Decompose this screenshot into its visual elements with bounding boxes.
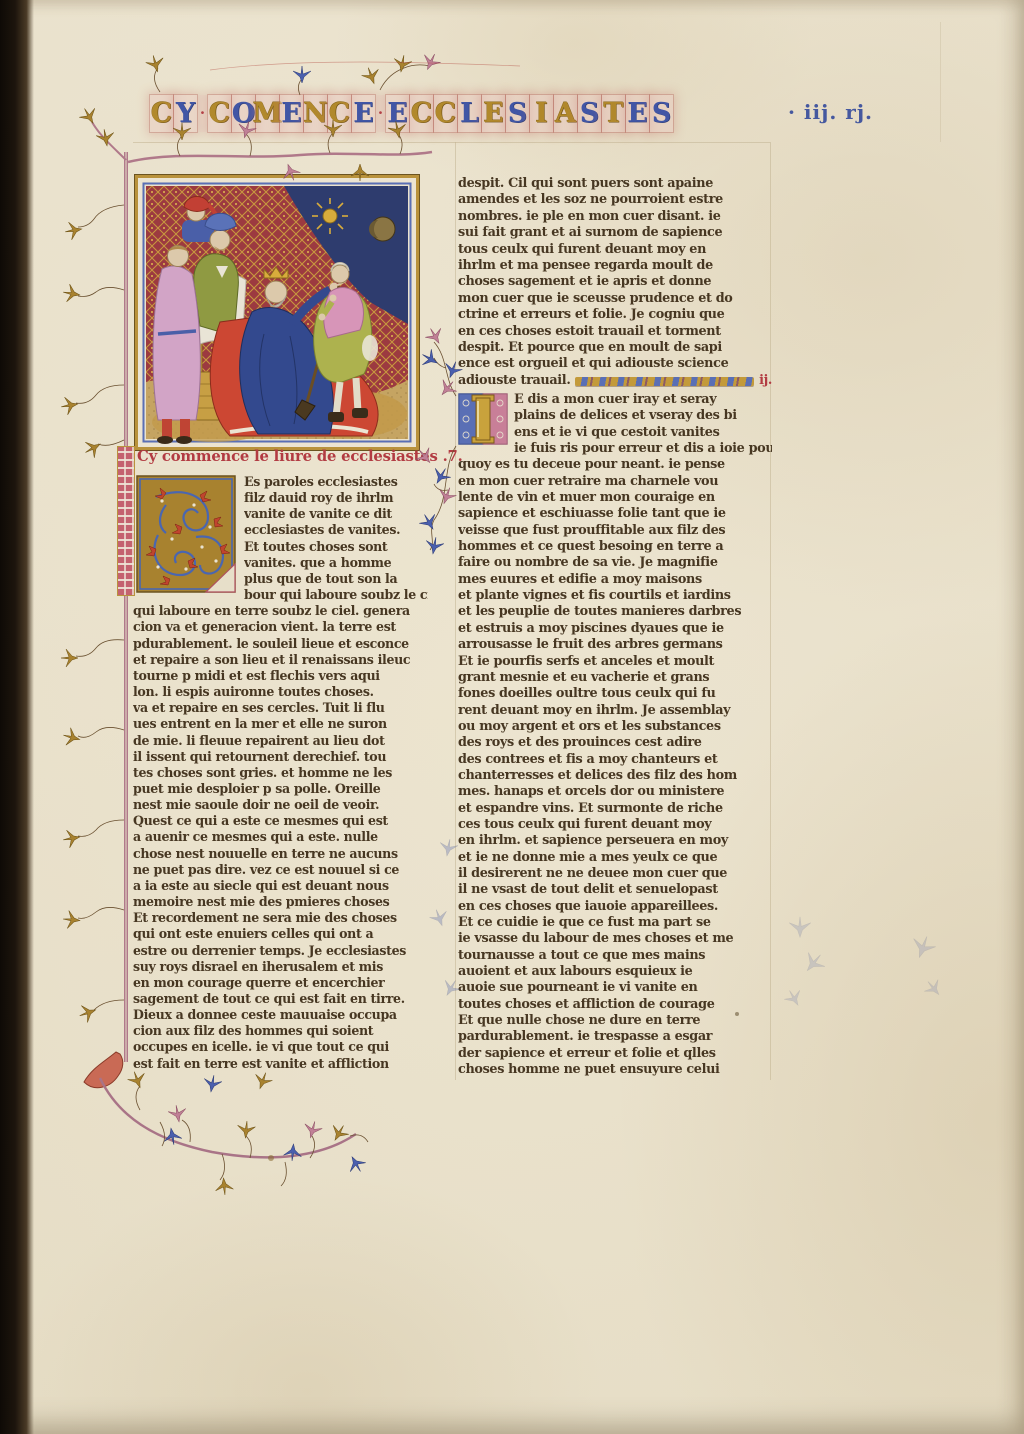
text-line: sui fait grant et ai surnom de sapience bbox=[458, 225, 772, 241]
text-line: tourne p midi et est flechis vers aqui bbox=[133, 668, 428, 684]
incipit-letter: C bbox=[410, 95, 433, 132]
chapter-number: ij. bbox=[759, 373, 772, 389]
text-line: hommes et ce quest besoing en terre a bbox=[458, 539, 772, 555]
text-line: estre ou derrenier temps. Je ecclesiaste… bbox=[133, 943, 428, 959]
text-line: et les peuplie de toutes manieres darbre… bbox=[458, 604, 772, 620]
text-line: en mon cuer retraire ma charnele vou bbox=[458, 474, 772, 490]
text-line: rent deuant moy en ihrlm. Je assemblay bbox=[458, 703, 772, 719]
text-line: ces tous ceulx qui furent deuant moy bbox=[458, 817, 772, 833]
text-line: tournausse a tout ce que mes mains bbox=[458, 948, 772, 964]
text-line: ne puet pas dire. vez ce est nouuel si c… bbox=[133, 862, 428, 878]
text-line: de mie. li fleuue repairent au lieu dot bbox=[133, 733, 428, 749]
text-line: il issent qui retournent derechief. tou bbox=[133, 749, 428, 765]
text-line: E dis a mon cuer iray et seray bbox=[514, 392, 772, 408]
text-line: Dieux a donnee ceste mauuaise occupa bbox=[133, 1007, 428, 1023]
text-line: puet mie desploier p sa polle. Oreille bbox=[133, 781, 428, 797]
text-line: nest mie saoule doir ne oeil de veoir. bbox=[133, 797, 428, 813]
text-line: et ie ne donne mie a mes yeulx ce que bbox=[458, 850, 772, 866]
incipit-letter: E bbox=[626, 95, 649, 132]
right-text-column-para1: despit. Cil qui sont puers sont apaineam… bbox=[458, 176, 772, 389]
text-line: tous ceulx qui furent deuant moy en bbox=[458, 242, 772, 258]
text-line: a ia este au siecle qui est deuant nous bbox=[133, 878, 428, 894]
text-line: Et recordement ne sera mie des choses bbox=[133, 910, 428, 926]
ruling-line-horizontal bbox=[133, 142, 770, 143]
text-line: ie fuis ris pour erreur et dis a ioie po… bbox=[514, 441, 772, 457]
text-line: tes choses sont gries. et homme ne les bbox=[133, 765, 428, 781]
text-line: arrousasse le fruit des arbres germans bbox=[458, 637, 772, 653]
text-line: il desirerent ne ne deuee mon cuer que bbox=[458, 866, 772, 882]
incipit-title-band: CY·COMENCE·ECCLESIASTES bbox=[150, 93, 673, 133]
incipit-letter: L bbox=[458, 95, 481, 132]
text-line: ens et ie vi que cestoit vanites bbox=[514, 425, 772, 441]
incipit-letter: C bbox=[208, 95, 231, 132]
text-line: ecclesiastes de vanites. bbox=[244, 522, 428, 538]
text-line: chose nest nouuelle en terre ne aucuns bbox=[133, 846, 428, 862]
text-line: et espandre vins. Et surmonte de riche bbox=[458, 801, 772, 817]
text-line: amendes et les soz ne pourroient estre bbox=[458, 192, 772, 208]
text-line: quoy es tu deceue pour neant. ie pense bbox=[458, 457, 772, 473]
illuminated-initial-L bbox=[136, 475, 236, 593]
text-line: lente de vin et muer mon couraige en bbox=[458, 490, 772, 506]
text-line: vanites. que a homme bbox=[244, 555, 428, 571]
text-line: toutes choses et affliction de courage bbox=[458, 997, 772, 1013]
incipit-letter: E bbox=[482, 95, 505, 132]
text-line: Et ie pourfis serfs et anceles et moult bbox=[458, 654, 772, 670]
incipit-letter: O bbox=[232, 95, 255, 132]
text-line: plains de delices et vseray des bi bbox=[514, 408, 772, 424]
incipit-letter: T bbox=[602, 95, 625, 132]
text-line: fones doeilles oultre tous ceulx qui fu bbox=[458, 686, 772, 702]
incipit-letter: · bbox=[376, 95, 385, 132]
text-line: en ihrlm. et sapience perseuera en moy bbox=[458, 833, 772, 849]
text-line: grant mesnie et eu vacherie et grans bbox=[458, 670, 772, 686]
paragraph-end-line: adiouste trauail. ij. bbox=[458, 373, 772, 389]
text-line: bour qui laboure soubz le ciel cest adir… bbox=[244, 587, 428, 603]
incipit-letter: C bbox=[150, 95, 173, 132]
miniature-solomon-illustration bbox=[134, 174, 420, 451]
text-line: auoie sue pourneant ie vi vanite en bbox=[458, 980, 772, 996]
left-text-column: Es paroles ecclesiastesfilz dauid roy de… bbox=[133, 474, 428, 1072]
text-line: mon cuer que ie sceusse prudence et do bbox=[458, 291, 772, 307]
line-filler-ornament bbox=[575, 377, 754, 386]
text-line: choses homme ne puet ensuyure celui bbox=[458, 1062, 772, 1078]
text-line: va et repaire en ses cercles. Tuit li fl… bbox=[133, 700, 428, 716]
text-line: cion va et generacion vient. la terre es… bbox=[133, 619, 428, 635]
text-line: nombres. ie ple en mon cuer disant. ie bbox=[458, 209, 772, 225]
ruling-line-vertical bbox=[940, 22, 941, 142]
text-line: ues entrent en la mer et elle ne suron bbox=[133, 716, 428, 732]
text-line: ence est orgueil et qui adiouste science bbox=[458, 356, 772, 372]
text-line: ctrine et erreurs et folie. Je cogniu qu… bbox=[458, 307, 772, 323]
text-line: et estruis a moy piscines dyaues que ie bbox=[458, 621, 772, 637]
text-line: occupes en icelle. ie vi que tout ce qui bbox=[133, 1039, 428, 1055]
text-line: mes. hanaps et orcels dor ou ministere bbox=[458, 784, 772, 800]
folio-number: · iij. rj. bbox=[788, 100, 898, 124]
incipit-letter: N bbox=[304, 95, 327, 132]
text-line: cion aux filz des hommes qui soient bbox=[133, 1023, 428, 1039]
text-line: en ces choses estoit trauail et torment bbox=[458, 324, 772, 340]
text-line: Et ce cuidie ie que ce fust ma part se bbox=[458, 915, 772, 931]
incipit-letter: A bbox=[554, 95, 577, 132]
text-line: qui laboure en terre soubz le ciel. gene… bbox=[133, 603, 428, 619]
incipit-letter: E bbox=[352, 95, 375, 132]
text-line: lon. li espis auironne toutes choses. bbox=[133, 684, 428, 700]
text-line: sagement de tout ce qui est fait en tirr… bbox=[133, 991, 428, 1007]
text-line: adiouste trauail. bbox=[458, 373, 570, 389]
text-line: des roys et des prouinces cest adire bbox=[458, 735, 772, 751]
text-line: plus que de tout son la bbox=[244, 571, 428, 587]
ruling-line-vertical bbox=[455, 142, 456, 1080]
parchment-page: CY·COMENCE·ECCLESIASTES · iij. rj. bbox=[0, 0, 1024, 1434]
text-line: chanterresses et delices des filz des ho… bbox=[458, 768, 772, 784]
text-line: vanite de vanite ce dit bbox=[244, 506, 428, 522]
illuminated-initial-I bbox=[458, 393, 508, 445]
incipit-letter: Y bbox=[174, 95, 197, 132]
text-line: pardurablement. ie trespasse a esgar bbox=[458, 1029, 772, 1045]
text-line: faire ou nombre de sa vie. Je magnifie bbox=[458, 555, 772, 571]
text-line: Et toutes choses sont bbox=[244, 539, 428, 555]
text-line: choses sagement et ie apris et donne bbox=[458, 274, 772, 290]
text-line: ou moy argent et ors et les substances bbox=[458, 719, 772, 735]
text-line: il ne vsast de tout delit et senuelopast bbox=[458, 882, 772, 898]
text-line: despit. Et pource que en moult de sapi bbox=[458, 340, 772, 356]
text-line: mes euures et edifie a moy maisons bbox=[458, 572, 772, 588]
incipit-letter: E bbox=[386, 95, 409, 132]
incipit-letter: S bbox=[578, 95, 601, 132]
text-line: est fait en terre est vanite et afflicti… bbox=[133, 1056, 428, 1072]
incipit-letter: E bbox=[280, 95, 303, 132]
rubric-incipit: Cy commence le liure de ecclesiastes .7. bbox=[137, 448, 437, 465]
text-line: Quest ce qui a este ce mesmes qui est bbox=[133, 813, 428, 829]
text-line: filz dauid roy de ihrlm bbox=[244, 490, 428, 506]
text-line: Et que nulle chose ne dure en terre bbox=[458, 1013, 772, 1029]
incipit-letter: M bbox=[256, 95, 279, 132]
right-text-column-para2: E dis a mon cuer iray et serayplains de … bbox=[458, 392, 772, 1078]
text-line: et repaire a son lieu et il renaissans i… bbox=[133, 652, 428, 668]
incipit-letter: C bbox=[328, 95, 351, 132]
text-line: despit. Cil qui sont puers sont apaine bbox=[458, 176, 772, 192]
text-line: ie vsasse du labour de mes choses et me bbox=[458, 931, 772, 947]
text-line: memoire nest mie des pmieres choses bbox=[133, 894, 428, 910]
incipit-letter: S bbox=[506, 95, 529, 132]
text-line: ihrlm et ma pensee regarda moult de bbox=[458, 258, 772, 274]
text-line: en ces choses que iauoie appareillees. bbox=[458, 899, 772, 915]
text-line: des contrees et fis a moy chanteurs et bbox=[458, 752, 772, 768]
text-line: der sapience et erreur et folie et qlles bbox=[458, 1046, 772, 1062]
incipit-letter: I bbox=[530, 95, 553, 132]
text-line: pdurablement. le souleil lieue et esconc… bbox=[133, 636, 428, 652]
text-line: suy roys disrael en iherusalem et mis bbox=[133, 959, 428, 975]
text-line: auoient et aux labours esquieux ie bbox=[458, 964, 772, 980]
sun-icon bbox=[312, 198, 348, 234]
text-line: qui ont este enuiers celles qui ont a bbox=[133, 926, 428, 942]
text-line: en mon courage querre et encerchier bbox=[133, 975, 428, 991]
text-line: sapience et eschiuasse folie tant que ie bbox=[458, 506, 772, 522]
text-line: Es paroles ecclesiastes bbox=[244, 474, 428, 490]
incipit-letter: · bbox=[198, 95, 207, 132]
text-line: veisse que fust prouffitable aux filz de… bbox=[458, 523, 772, 539]
text-line: a auenir ce mesmes qui a este. nulle bbox=[133, 829, 428, 845]
incipit-letter: C bbox=[434, 95, 457, 132]
incipit-letter: S bbox=[650, 95, 673, 132]
book-gutter-edge bbox=[0, 0, 34, 1434]
text-line: et plante vignes et fis courtils et iard… bbox=[458, 588, 772, 604]
